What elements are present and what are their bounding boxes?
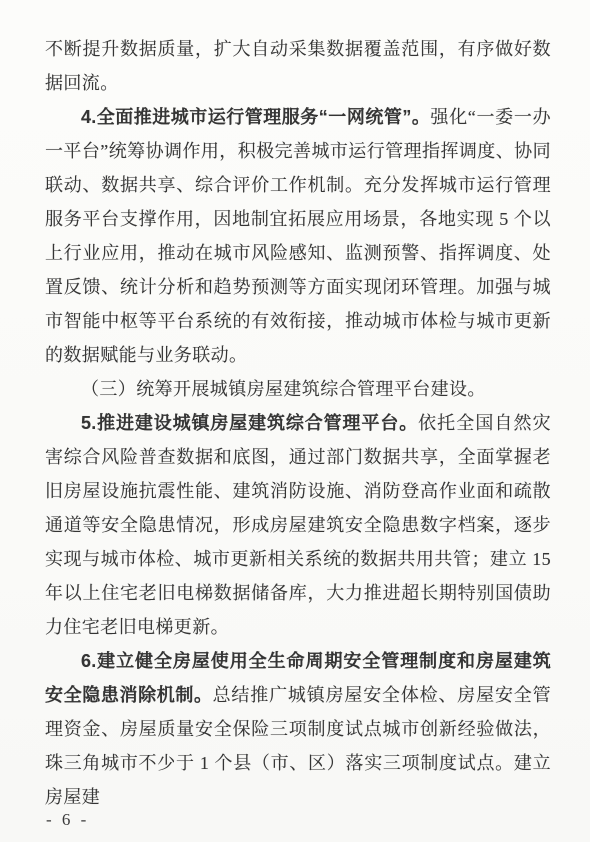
paragraph: 4.全面推进城市运行管理服务“一网统管”。强化“一委一办一平台”统筹协调作用，积… bbox=[45, 100, 551, 372]
paragraph: （三）统筹开展城镇房屋建筑综合管理平台建设。 bbox=[45, 372, 551, 406]
text-segment: （三）统筹开展城镇房屋建筑综合管理平台建设。 bbox=[81, 379, 486, 399]
text-segment: 强化“一委一办一平台”统筹协调作用，积极完善城市运行管理指挥调度、协同联动、数据… bbox=[45, 107, 551, 365]
heading-segment: 5.推进建设城镇房屋建筑综合管理平台。 bbox=[81, 413, 418, 433]
document-page: 不断提升数据质量，扩大自动采集数据覆盖范围，有序做好数据回流。4.全面推进城市运… bbox=[0, 0, 590, 842]
page-number: - 6 - bbox=[46, 810, 89, 830]
heading-segment: 4.全面推进城市运行管理服务“一网统管”。 bbox=[81, 107, 430, 127]
paragraph: 不断提升数据质量，扩大自动采集数据覆盖范围，有序做好数据回流。 bbox=[45, 32, 551, 100]
text-segment: 依托全国自然灾害综合风险普查数据和底图，通过部门数据共享，全面掌握老旧房屋设施抗… bbox=[45, 413, 551, 637]
paragraph: 5.推进建设城镇房屋建筑综合管理平台。依托全国自然灾害综合风险普查数据和底图，通… bbox=[45, 406, 551, 644]
document-body: 不断提升数据质量，扩大自动采集数据覆盖范围，有序做好数据回流。4.全面推进城市运… bbox=[45, 32, 551, 814]
paragraph: 6.建立健全房屋使用全生命周期安全管理制度和房屋建筑安全隐患消除机制。总结推广城… bbox=[45, 644, 551, 814]
text-segment: 不断提升数据质量，扩大自动采集数据覆盖范围，有序做好数据回流。 bbox=[45, 39, 551, 93]
